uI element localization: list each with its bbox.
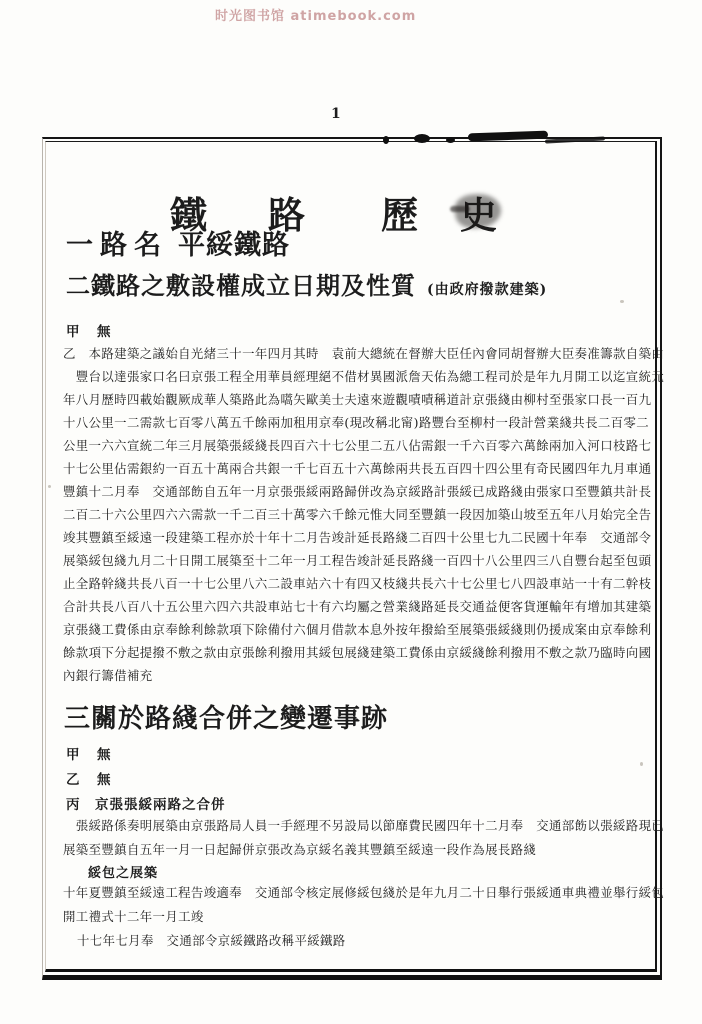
- section3-item-bing-heading: 丙 京張張綏兩路之合併: [66, 793, 226, 813]
- text-line: 豐鎮十二月奉 交通部飭自五年一月京張張綏兩路歸併改為京綏路計張綏已成路綫由張家口…: [63, 480, 663, 503]
- text-line: 公里一六六宣統二年三月展築張綏綫長四百六十七公里二五八佔需銀一千六百零六萬餘兩加…: [63, 434, 663, 457]
- section1-value: 平綏鐵路: [178, 230, 290, 261]
- text-line: 年八月歷時四載始觀厥成華人築路此為嚆矢歐美士夫遠來遊觀嘖嘖稱道計京張綫由柳村至張…: [63, 388, 663, 411]
- text-line: 合計共長八百八十五公里六四六共設車站七十有六均屬之營業綫路延長交通益便客貨運輸年…: [63, 595, 663, 618]
- section3-paragraph1: 張綏路係奏明展築由京張路局人員一手經理不另設局以節靡費民國四年十二月奉 交通部飭…: [63, 814, 664, 862]
- section3-paragraph2: 十年夏豐鎮至綏遠工程告竣適奉 交通部令核定展修綏包綫於是年九月二十日舉行張綏通車…: [63, 881, 664, 929]
- text-line: 開工禮式十二年一月工竣: [63, 905, 664, 929]
- section3-item-jia: 甲 無: [66, 743, 113, 763]
- text-line: 餘款項下分起提撥不敷之款由京張餘利撥用其綏包展綫建築工費係由京綏綫餘利撥用不敷之…: [63, 641, 663, 664]
- ink-smudge: [383, 136, 389, 144]
- section2-heading-note: (由政府撥款建築): [427, 282, 547, 298]
- section2-paragraph: 乙 本路建築之議始自光緒三十一年四月其時 袁前大總統在督辦大臣任內會同胡督辦大臣…: [63, 342, 663, 687]
- scan-speck: [640, 762, 643, 766]
- section3-heading: 三關於路綫合併之變遷事跡: [64, 698, 388, 735]
- document-title-char: 歷: [381, 197, 418, 234]
- text-line: 竣其豐鎮至綏遠一段建築工程亦於十年十二月告竣計延長路綫二百四十公里七九二民國十年…: [63, 526, 663, 549]
- text-line: 十八公里一二需款七百零八萬五千餘兩加租用京奉(現改稱北甯)路豐台至柳村一段計營業…: [63, 411, 663, 434]
- section3-subheading: 綏包之展築: [88, 862, 158, 881]
- text-line: 十七公里佔需銀約一百五十萬兩合共銀一千七百五十六萬餘兩共長五百四十四公里有奇民國…: [63, 457, 663, 480]
- site-watermark: 时光图书馆 atimebook.com: [215, 5, 416, 24]
- section1-label: 一路名: [66, 230, 168, 261]
- ink-smudge: [414, 134, 430, 143]
- page-number: 1: [331, 106, 341, 122]
- section1-route-name: 一路名平綏鐵路: [66, 231, 290, 261]
- section3-closing-line: 十七年七月奉 交通部令京綏鐵路改稱平綏鐵路: [77, 931, 346, 949]
- document-title-char: 鐵: [170, 197, 207, 234]
- text-line: 乙 本路建築之議始自光緒三十一年四月其時 袁前大總統在督辦大臣任內會同胡督辦大臣…: [63, 342, 663, 365]
- section2-heading: 二鐵路之敷設權成立日期及性質(由政府撥款建築): [66, 266, 547, 301]
- scan-speck: [48, 485, 51, 488]
- text-line: 展築綏包綫九月二十日開工展築至十二年一月工程告竣計延長路綫一百四十八公里四三八自…: [63, 549, 663, 572]
- text-line: 京張綫工費係由京奉餘利餘款項下除備付六個月借款本息外按年撥給至展築張綏綫則仍援成…: [63, 618, 663, 641]
- section2-item-jia: 甲 無: [66, 320, 113, 340]
- section3-item-yi: 乙 無: [66, 768, 113, 788]
- text-line: 內銀行籌借補充: [63, 664, 663, 687]
- text-line: 展築至豐鎮自五年一月一日起歸併京張改為京綏名義其豐鎮至綏遠一段作為展長路綫: [63, 838, 664, 862]
- section2-heading-text: 二鐵路之敷設權成立日期及性質: [66, 271, 416, 300]
- text-line: 止全路幹綫共長八百一十七公里八六二設車站六十有四又枝綫共長六十七公里七八四設車站…: [63, 572, 663, 595]
- document-title-char: 路: [268, 197, 305, 234]
- ink-smudge: [450, 206, 470, 212]
- ink-smudge: [446, 137, 455, 143]
- text-line: 十年夏豐鎮至綏遠工程告竣適奉 交通部令核定展修綏包綫於是年九月二十日舉行張綏通車…: [63, 881, 664, 905]
- scan-speck: [620, 300, 624, 303]
- text-line: 張綏路係奏明展築由京張路局人員一手經理不另設局以節靡費民國四年十二月奉 交通部飭…: [63, 814, 664, 838]
- text-line: 豐台以達張家口名曰京張工程全用華員經理絕不借材異國派詹天佑為總工程司於是年九月開…: [63, 365, 663, 388]
- text-line: 二百二十六公里四六六需款一千二百三十萬零六千餘元惟大同至豐鎮一段因加築山坡至五年…: [63, 503, 663, 526]
